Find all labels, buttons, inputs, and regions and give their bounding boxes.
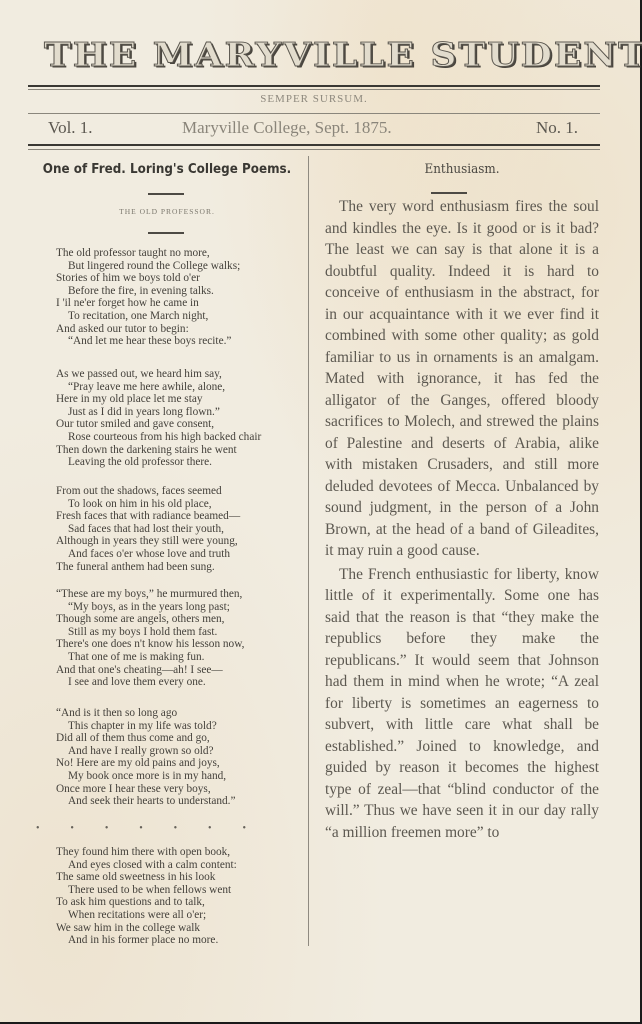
poem-line: Then down the darkening stairs he went [56,444,306,457]
separator-dot: • [139,823,143,834]
poem-line: And have I really grown so old? [56,745,306,758]
column-divider [308,156,309,946]
separator-dot: • [105,823,109,834]
poem-stanza: As we passed out, we heard him say,“Pray… [56,368,306,469]
poem-line: My book once more is in my hand, [56,770,306,783]
essay-body: The very word enthusiasm fires the soul … [325,196,599,843]
poem-line: And in his former place no more. [56,934,306,947]
poem-line: Before the fire, in evening talks. [56,285,306,298]
poem-line: That one of me is making fun. [56,651,306,664]
poem-stanza: They found him there with open book,And … [56,846,306,947]
poem-line: Still as my boys I hold them fast. [56,626,306,639]
poem-line: Rose courteous from his high backed chai… [56,431,306,444]
masthead-rule-top [28,85,600,87]
poem-line: The funeral anthem had been sung. [56,561,306,574]
separator-dot: • [174,823,178,834]
poem-stanza: The old professor taught no more,But lin… [56,247,306,348]
poem-title: THE OLD PROFESSOR. [28,207,306,216]
poem-line: We saw him in the college walk [56,922,306,935]
poem-line: To ask him questions and to talk, [56,896,306,909]
dateline-rule-bottom [28,144,600,146]
poem-line: There used to be when fellows went [56,884,306,897]
poem-line: Sad faces that had lost their youth, [56,523,306,536]
poem-stanza: “And is it then so long agoThis chapter … [56,707,306,808]
poem-title-rule [148,232,184,234]
poem-line: Our tutor smiled and gave consent, [56,418,306,431]
poem-line: I 'il ne'er forget how he came in [56,297,306,310]
poem-line: No! Here are my old pains and joys, [56,757,306,770]
poem-line: “My boys, as in the years long past; [56,601,306,614]
dateline-rule-bottom-thin [28,149,600,150]
poem-line: “And is it then so long ago [56,707,306,720]
poem-line: From out the shadows, faces seemed [56,485,306,498]
poem-line: Leaving the old professor there. [56,456,306,469]
poem-line: Did all of them thus come and go, [56,732,306,745]
poem-line: To recitation, one March night, [56,310,306,323]
poem-line: And faces o'er whose love and truth [56,548,306,561]
poem-line: Though some are angels, others men, [56,613,306,626]
poem-line: And asked our tutor to begin: [56,323,306,336]
poem-line: Once more I hear these very boys, [56,783,306,796]
poem-line: “These are my boys,” he murmured then, [56,588,306,601]
issue-number: No. 1. [536,118,578,138]
poem-line: As we passed out, we heard him say, [56,368,306,381]
poem-line: Just as I did in years long flown.” [56,406,306,419]
essay-paragraph: The French enthusiastic for liberty, kno… [325,564,599,844]
dateline-rule-top [28,113,600,114]
essay-paragraph: The very word enthusiasm fires the soul … [325,196,599,562]
poem-column-heading: One of Fred. Loring's College Poems. [39,162,295,177]
poem-line: Stories of him we boys told o'er [56,272,306,285]
poem-line: To look on him in his old place, [56,498,306,511]
poem-line: Although in years they still were young, [56,535,306,548]
poem-stanza: “These are my boys,” he murmured then,“M… [56,588,306,689]
poem-line: And that one's cheating—ah! I see— [56,664,306,677]
essay-heading-rule [431,192,467,194]
volume-label: Vol. 1. [48,118,93,138]
poem-line: “Pray leave me here awhile, alone, [56,381,306,394]
poem-line: There's one does n't know his lesson now… [56,638,306,651]
poem-line: Here in my old place let me stay [56,393,306,406]
essay-heading: Enthusiasm. [324,162,600,177]
separator-dot: • [70,823,74,834]
poem-line: And eyes closed with a calm content: [56,859,306,872]
poem-stanza: From out the shadows, faces seemedTo loo… [56,485,306,573]
separator-dot: • [242,823,246,834]
poem-line: I see and love them every one. [56,676,306,689]
poem-line: Fresh faces that with radiance beamed— [56,510,306,523]
heading-rule [148,193,184,195]
poem-line: “And let me hear these boys recite.” [56,335,306,348]
poem-line: The same old sweetness in his look [56,871,306,884]
separator-dot: • [208,823,212,834]
masthead-rule-top-thin [28,89,600,90]
poem-line: The old professor taught no more, [56,247,306,260]
place-date: Maryville College, Sept. 1875. [182,118,392,138]
section-separator-dots: ••••••• [36,823,246,834]
newspaper-page: THE MARYVILLE STUDENT. SEMPER SURSUM. Vo… [0,0,642,1024]
motto: SEMPER SURSUM. [28,93,600,105]
separator-dot: • [36,823,40,834]
poem-line: This chapter in my life was told? [56,720,306,733]
masthead-title: THE MARYVILLE STUDENT. [44,36,564,74]
poem-line: They found him there with open book, [56,846,306,859]
poem-line: When recitations were all o'er; [56,909,306,922]
poem-line: But lingered round the College walks; [56,260,306,273]
poem-line: And seek their hearts to understand.” [56,795,306,808]
